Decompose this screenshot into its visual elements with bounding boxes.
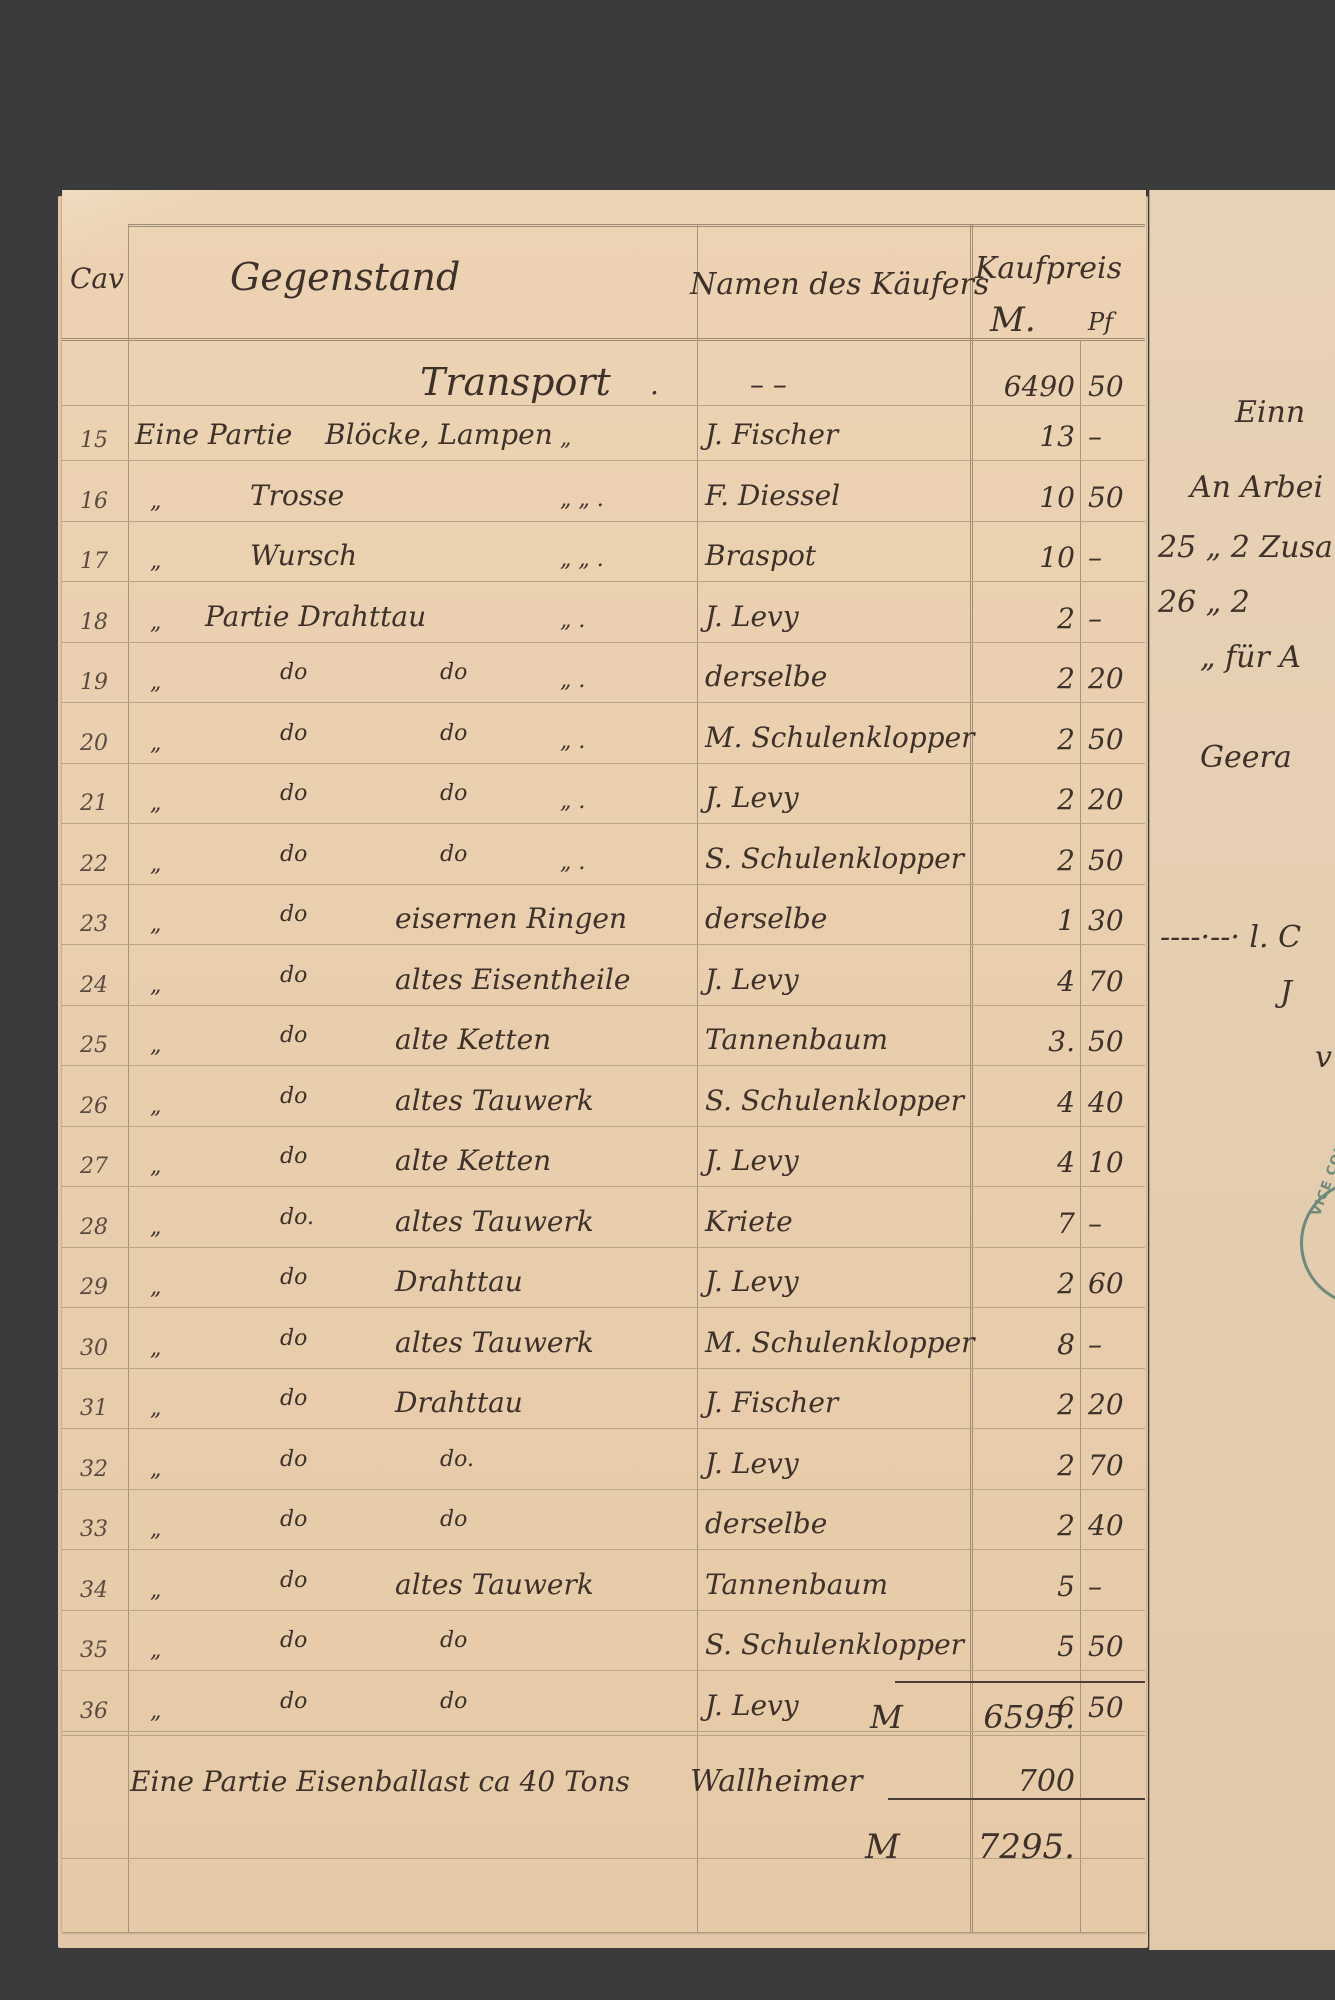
header-number: Cav	[70, 262, 124, 296]
row-item-ditto: do	[280, 1261, 307, 1295]
row-marks: 2	[970, 723, 1075, 757]
row-rule	[62, 884, 1145, 885]
row-rule	[62, 1186, 1145, 1187]
row-prefix-ditto: „	[150, 1695, 161, 1729]
row-rule	[62, 1610, 1145, 1611]
header-item: Gegenstand	[230, 255, 460, 299]
row-rule	[62, 460, 1145, 461]
row-buyer: S. Schulenklopper	[705, 1628, 964, 1662]
row-item-ditto: do	[280, 1624, 307, 1658]
header-pfennig: Pf	[1088, 305, 1113, 339]
row-item-ditto: do	[280, 1019, 307, 1053]
col-divider-pfennig	[1080, 340, 1081, 1932]
row-pfennig: 40	[1088, 1086, 1124, 1120]
row-rule	[62, 1005, 1145, 1006]
total-rule	[888, 1798, 1145, 1800]
row-buyer: J. Levy	[705, 1144, 799, 1178]
row-marks: 4	[970, 965, 1075, 999]
transport-marks: 6490	[970, 370, 1075, 404]
row-pfennig: 60	[1088, 1267, 1124, 1301]
transport-pfennig: 50	[1088, 370, 1124, 404]
row-detail: altes Tauwerk	[395, 1326, 594, 1360]
row-prefix-ditto: „	[150, 666, 161, 700]
row-marks: 2	[970, 783, 1075, 817]
row-rule	[62, 521, 1145, 522]
row-detail: do	[440, 777, 467, 811]
row-number: 23	[80, 908, 108, 942]
row-prefix-ditto: „	[150, 1513, 161, 1547]
row-number: 15	[80, 424, 108, 458]
extra-marks: 700	[970, 1765, 1075, 1799]
row-item-ditto: do	[280, 838, 307, 872]
row-pfennig: 40	[1088, 1509, 1124, 1543]
row-marks: 2	[970, 844, 1075, 878]
row-item: Trosse	[250, 479, 344, 513]
row-item: Wursch	[250, 539, 357, 573]
row-pfennig: –	[1088, 541, 1102, 575]
row-rule	[62, 1247, 1145, 1248]
row-detail: altes Tauwerk	[395, 1205, 594, 1239]
row-pfennig: 50	[1088, 1691, 1124, 1725]
row-detail: do	[440, 1503, 467, 1537]
row-pfennig: 50	[1088, 1630, 1124, 1664]
row-prefix-ditto: „	[150, 1392, 161, 1426]
row-prefix-ditto: „	[150, 1150, 161, 1184]
row-prefix-ditto: „	[150, 545, 161, 579]
row-dots: „ .	[560, 725, 585, 759]
row-pfennig: 20	[1088, 662, 1124, 696]
row-number: 31	[80, 1392, 108, 1426]
row-marks: 2	[970, 662, 1075, 696]
row-item-ditto: do	[280, 656, 307, 690]
row-prefix-ditto: „	[150, 787, 161, 821]
row-detail: do	[440, 1685, 467, 1719]
row-rule	[62, 702, 1145, 703]
row-pfennig: –	[1088, 602, 1102, 636]
row-detail: do	[440, 1624, 467, 1658]
row-buyer: J. Levy	[705, 781, 799, 815]
row-pfennig: 70	[1088, 965, 1124, 999]
right-page-line: „ für A	[1200, 640, 1301, 675]
row-marks: 2	[970, 1267, 1075, 1301]
row-rule	[62, 405, 1145, 406]
row-item-ditto: do	[280, 1322, 307, 1356]
row-rule	[62, 763, 1145, 764]
row-prefix-ditto: „	[150, 1211, 161, 1245]
row-pfennig: –	[1088, 1207, 1102, 1241]
row-buyer: derselbe	[705, 902, 827, 936]
row-rule	[62, 1126, 1145, 1127]
row-item-ditto: do	[280, 1382, 307, 1416]
row-number: 21	[80, 787, 108, 821]
subtotal-marks: 6595.	[950, 1700, 1075, 1734]
extra-item: Eine Partie Eisenballast ca 40 Tons	[130, 1765, 630, 1799]
row-rule	[62, 1670, 1145, 1671]
row-number: 18	[80, 606, 108, 640]
row-dots: „ .	[560, 664, 585, 698]
row-dots: „ „ .	[560, 543, 604, 577]
right-page-line: Geera	[1200, 740, 1292, 775]
row-prefix-ditto: „	[150, 1029, 161, 1063]
row-detail: altes Eisentheile	[395, 963, 630, 997]
row-marks: 13	[970, 420, 1075, 454]
row-buyer: Kriete	[705, 1205, 793, 1239]
row-buyer: derselbe	[705, 1507, 827, 1541]
row-marks: 10	[970, 481, 1075, 515]
row-pfennig: 30	[1088, 904, 1124, 938]
row-buyer: M. Schulenklopper	[705, 721, 975, 755]
row-prefix-ditto: „	[150, 1332, 161, 1366]
row-buyer: J. Fischer	[705, 418, 838, 452]
row-rule	[62, 581, 1145, 582]
row-rule	[62, 1549, 1145, 1550]
row-pfennig: 50	[1088, 723, 1124, 757]
row-marks: 10	[970, 541, 1075, 575]
row-item-ditto: do	[280, 898, 307, 932]
top-rule	[128, 224, 1145, 227]
row-detail: alte Ketten	[395, 1144, 551, 1178]
row-prefix-ditto: „	[150, 969, 161, 1003]
row-buyer: Braspot	[705, 539, 816, 573]
row-detail: do	[440, 656, 467, 690]
row-detail: eisernen Ringen	[395, 902, 627, 936]
row-item-ditto: do	[280, 1503, 307, 1537]
row-number: 19	[80, 666, 108, 700]
right-page-line: Einn	[1235, 395, 1305, 430]
row-rule	[62, 1735, 1145, 1736]
row-prefix-ditto: „	[150, 727, 161, 761]
row-rule	[62, 1368, 1145, 1369]
row-detail: altes Tauwerk	[395, 1084, 594, 1118]
row-prefix-ditto: „	[150, 848, 161, 882]
row-number: 25	[80, 1029, 108, 1063]
right-page-line: 26 „ 2	[1158, 585, 1250, 620]
transport-label: Transport	[420, 360, 611, 404]
row-item-ditto: do	[280, 1140, 307, 1174]
extra-buyer: Wallheimer	[690, 1765, 863, 1799]
row-marks: 2	[970, 1449, 1075, 1483]
row-pfennig: 50	[1088, 481, 1124, 515]
row-marks: 2	[970, 602, 1075, 636]
row-detail: do	[440, 717, 467, 751]
row-detail: Drahttau	[395, 1265, 523, 1299]
row-marks: 2	[970, 1509, 1075, 1543]
row-detail: do.	[440, 1443, 474, 1477]
row-number: 16	[80, 485, 108, 519]
row-prefix-ditto: „	[150, 1574, 161, 1608]
row-pfennig: 20	[1088, 783, 1124, 817]
right-page-line: v	[1315, 1040, 1332, 1075]
row-rule	[62, 1065, 1145, 1066]
row-dots: „ .	[560, 785, 585, 819]
total-marks: 7295.	[950, 1830, 1075, 1864]
col-divider-item	[697, 224, 698, 1932]
row-pfennig: 70	[1088, 1449, 1124, 1483]
row-number: 17	[80, 545, 108, 579]
subtotal-rule	[895, 1681, 1145, 1683]
row-marks: 5	[970, 1570, 1075, 1604]
row-rule	[62, 642, 1145, 643]
row-pfennig: 50	[1088, 844, 1124, 878]
row-buyer: F. Diessel	[705, 479, 840, 513]
row-item-ditto: do	[280, 959, 307, 993]
row-number: 20	[80, 727, 108, 761]
row-item-ditto: do	[280, 1685, 307, 1719]
row-buyer: J. Levy	[705, 1689, 799, 1723]
row-number: 26	[80, 1090, 108, 1124]
row-marks: 7	[970, 1207, 1075, 1241]
row-marks: 3.	[970, 1025, 1075, 1059]
right-page-line: J	[1280, 975, 1292, 1010]
right-page	[1149, 190, 1335, 1950]
subtotal-label: M	[870, 1700, 903, 1734]
row-buyer: J. Levy	[705, 1265, 799, 1299]
row-dots: „	[560, 422, 571, 456]
row-number: 34	[80, 1574, 108, 1608]
row-item-ditto: do	[280, 1564, 307, 1598]
row-buyer: S. Schulenklopper	[705, 842, 964, 876]
row-marks: 1	[970, 904, 1075, 938]
row-rule	[62, 1428, 1145, 1429]
row-detail: do	[440, 838, 467, 872]
header-marks: M.	[990, 303, 1036, 337]
header-bottom-rule	[62, 338, 1145, 341]
row-item: Blöcke, Lampen	[325, 418, 553, 452]
right-page-line: ----·--· l. C	[1160, 920, 1301, 955]
row-prefix-ditto: „	[150, 1271, 161, 1305]
row-pfennig: 10	[1088, 1146, 1124, 1180]
row-item-ditto: do.	[280, 1201, 314, 1235]
row-rule	[62, 944, 1145, 945]
row-marks: 2	[970, 1388, 1075, 1422]
transport-dots: .	[650, 368, 659, 402]
col-divider-number	[128, 224, 129, 1932]
total-label: M	[865, 1830, 900, 1864]
row-prefix: Eine Partie	[135, 418, 292, 452]
header-buyer: Namen des Käufers	[690, 268, 989, 302]
row-dots: „ .	[560, 846, 585, 880]
row-buyer: S. Schulenklopper	[705, 1084, 964, 1118]
row-item: Partie Drahttau	[205, 600, 426, 634]
header-price: Kaufpreis	[975, 252, 1122, 286]
row-buyer: M. Schulenklopper	[705, 1326, 975, 1360]
row-detail: Drahttau	[395, 1386, 523, 1420]
row-marks: 8	[970, 1328, 1075, 1362]
row-marks: 4	[970, 1146, 1075, 1180]
row-dots: „ .	[560, 604, 585, 638]
row-pfennig: –	[1088, 1570, 1102, 1604]
row-number: 24	[80, 969, 108, 1003]
row-prefix-ditto: „	[150, 606, 161, 640]
row-number: 36	[80, 1695, 108, 1729]
row-number: 22	[80, 848, 108, 882]
row-buyer: J. Levy	[705, 600, 799, 634]
row-buyer: J. Levy	[705, 1447, 799, 1481]
row-detail: altes Tauwerk	[395, 1568, 594, 1602]
row-marks: 4	[970, 1086, 1075, 1120]
row-prefix-ditto: „	[150, 1453, 161, 1487]
row-number: 29	[80, 1271, 108, 1305]
row-prefix-ditto: „	[150, 1090, 161, 1124]
row-buyer: Tannenbaum	[705, 1023, 888, 1057]
row-rule	[62, 1307, 1145, 1308]
row-number: 28	[80, 1211, 108, 1245]
row-number: 35	[80, 1634, 108, 1668]
row-item-ditto: do	[280, 1443, 307, 1477]
row-buyer: J. Fischer	[705, 1386, 838, 1420]
row-prefix-ditto: „	[150, 1634, 161, 1668]
row-item-ditto: do	[280, 717, 307, 751]
row-item-ditto: do	[280, 1080, 307, 1114]
right-page-line: 25 „ 2 Zusa	[1158, 530, 1333, 565]
row-pfennig: 50	[1088, 1025, 1124, 1059]
row-rule	[62, 1489, 1145, 1490]
row-rule	[62, 823, 1145, 824]
row-number: 30	[80, 1332, 108, 1366]
row-number: 32	[80, 1453, 108, 1487]
row-pfennig: –	[1088, 1328, 1102, 1362]
row-detail: alte Ketten	[395, 1023, 551, 1057]
transport-buyer-ditto: – –	[750, 368, 787, 402]
row-pfennig: 20	[1088, 1388, 1124, 1422]
row-item-ditto: do	[280, 777, 307, 811]
right-page-line: An Arbei	[1190, 470, 1323, 505]
row-prefix-ditto: „	[150, 485, 161, 519]
row-number: 27	[80, 1150, 108, 1184]
row-dots: „ „ .	[560, 483, 604, 517]
row-marks: 5	[970, 1630, 1075, 1664]
row-buyer: J. Levy	[705, 963, 799, 997]
row-number: 33	[80, 1513, 108, 1547]
row-buyer: derselbe	[705, 660, 827, 694]
row-pfennig: –	[1088, 420, 1102, 454]
row-prefix-ditto: „	[150, 908, 161, 942]
row-buyer: Tannenbaum	[705, 1568, 888, 1602]
